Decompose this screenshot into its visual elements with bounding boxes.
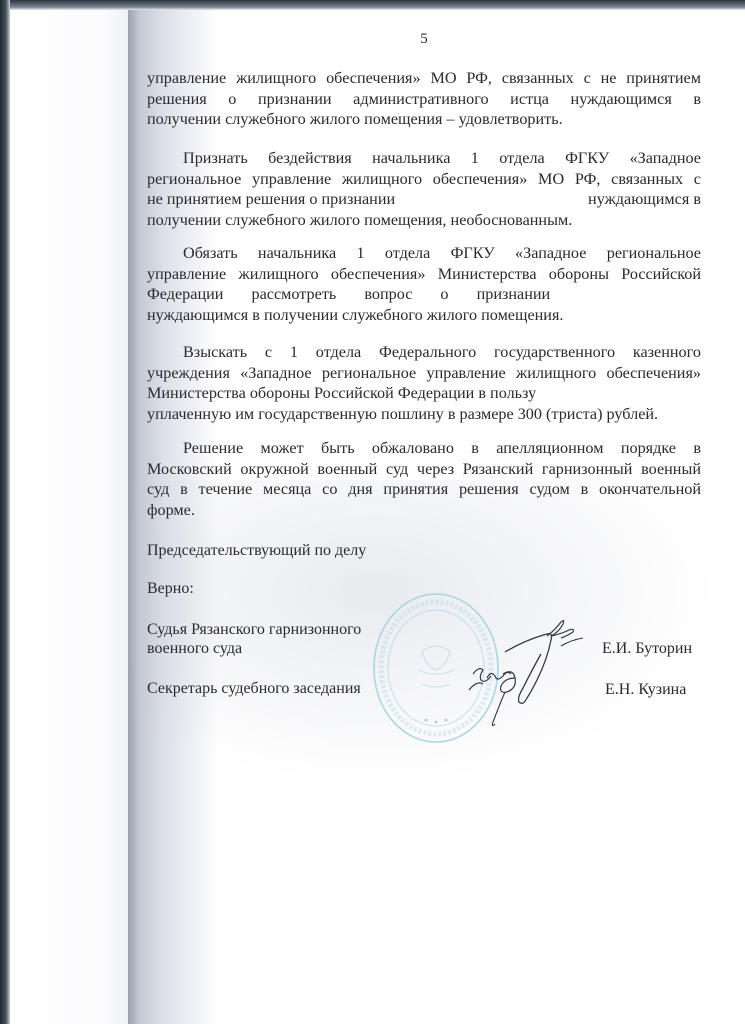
text-line: Признать бездействия начальника 1 отдела… (147, 148, 701, 169)
secretary-name: Е.Н. Кузина (605, 680, 686, 700)
text-fragment: нуждающимся в (588, 189, 701, 210)
scanned-document: 5 управление жилищного обеспечения» МО Р… (0, 0, 745, 1024)
text-line: получении служебного жилого помещения, н… (147, 210, 701, 231)
text-line: уплаченную им государственную пошлину в … (147, 404, 701, 425)
judge-name: Е.И. Буторин (602, 639, 692, 659)
text-line: Обязать начальника 1 отдела ФГКУ «Западн… (147, 243, 701, 264)
page-number: 5 (147, 31, 701, 48)
paragraph-satisfy-claim: управление жилищного обеспечения» МО РФ,… (147, 68, 701, 130)
text-line: Взыскать с 1 отдела Федерального государ… (147, 342, 701, 363)
text-fragment: не принятием решения о признании (147, 189, 395, 210)
text-line: управление жилищного обеспечения» Минист… (147, 264, 701, 285)
text-line: учреждения «Западное региональное управл… (147, 363, 701, 384)
text-line-redacted: Федерации рассмотреть вопрос о признании (147, 284, 701, 305)
secretary-title: Секретарь судебного заседания (147, 679, 361, 699)
text-line: региональное управление жилищного обеспе… (147, 169, 701, 190)
text-line: форме. (147, 500, 701, 521)
judge-title-line2: военного суда (147, 639, 242, 659)
document-page: 5 управление жилищного обеспечения» МО Р… (147, 0, 701, 1024)
redacted-name (417, 189, 567, 210)
text-line: решения о признании административного ис… (147, 89, 701, 110)
certified-label: Верно: (147, 579, 194, 599)
paragraph-recover-fee: Взыскать с 1 отдела Федерального государ… (147, 342, 701, 424)
blank-left-page (10, 10, 130, 1024)
text-line: нуждающимся в получении служебного жилог… (147, 305, 701, 326)
paragraph-declare-inaction: Признать бездействия начальника 1 отдела… (147, 148, 701, 230)
paragraph-oblige-review: Обязать начальника 1 отдела ФГКУ «Западн… (147, 243, 701, 325)
text-line: Решение может быть обжаловано в апелляци… (147, 438, 701, 459)
judge-title-line1: Судья Рязанского гарнизонного (147, 620, 361, 640)
presiding-label: Председательствующий по делу (147, 541, 366, 561)
text-line-redacted: Министерства обороны Российской Федераци… (147, 383, 701, 404)
paragraph-appeal-notice: Решение может быть обжаловано в апелляци… (147, 438, 701, 520)
scan-edge-left (0, 0, 10, 1024)
signature-icon (465, 612, 595, 732)
text-line-redacted: не принятием решения о признании нуждающ… (147, 189, 701, 210)
text-line: суд в течение месяца со дня принятия реш… (147, 479, 701, 500)
text-line: Московский окружной военный суд через Ря… (147, 459, 701, 480)
text-line: управление жилищного обеспечения» МО РФ,… (147, 68, 701, 89)
text-line: получении служебного жилого помещения – … (147, 109, 701, 130)
